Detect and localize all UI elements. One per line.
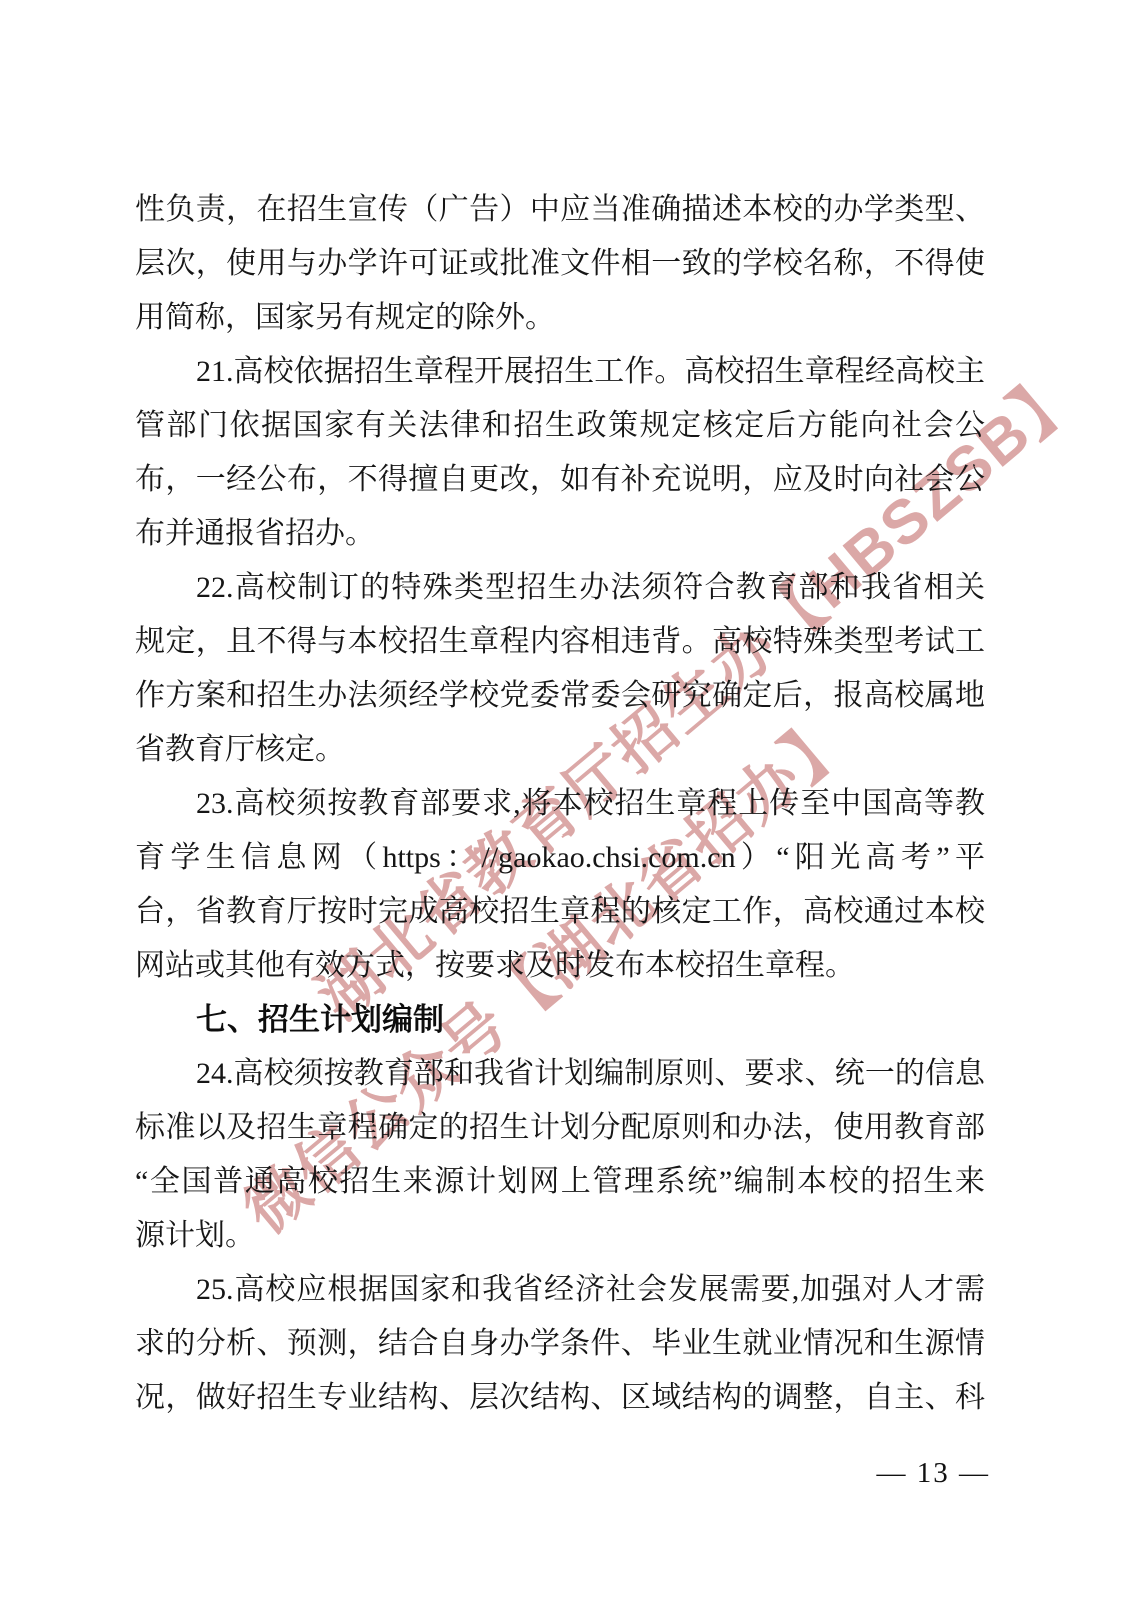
- document-page: 湖北省教育厅招生办【HBSZSB】微信公众号【湖北省招办】 性负责，在招生宣传（…: [0, 0, 1131, 1600]
- text-line: 标准以及招生章程确定的招生计划分配原则和办法，使用教育部: [135, 1101, 985, 1155]
- text-line: 规定，且不得与本校招生章程内容相违背。高校特殊类型考试工: [135, 615, 985, 669]
- section-heading: 七、招生计划编制: [135, 993, 985, 1047]
- text-line: 24.高校须按教育部和我省计划编制原则、要求、统一的信息: [135, 1047, 985, 1101]
- text-line: 25.高校应根据国家和我省经济社会发展需要,加强对人才需: [135, 1263, 985, 1317]
- text-line: 布并通报省招办。: [135, 507, 985, 561]
- text-line: 省教育厅核定。: [135, 723, 985, 777]
- page-number: — 13 —: [877, 1455, 991, 1491]
- document-body: 性负责，在招生宣传（广告）中应当准确描述本校的办学类型、层次，使用与办学许可证或…: [135, 183, 985, 1425]
- text-line: 育学生信息网（https：//gaokao.chsi.com.cn）“阳光高考”…: [135, 831, 985, 885]
- text-line: 源计划。: [135, 1209, 985, 1263]
- text-line: 21.高校依据招生章程开展招生工作。高校招生章程经高校主: [135, 345, 985, 399]
- text-line: 用简称，国家另有规定的除外。: [135, 291, 985, 345]
- text-line: 布，一经公布，不得擅自更改，如有补充说明，应及时向社会公: [135, 453, 985, 507]
- text-line: 网站或其他有效方式，按要求及时发布本校招生章程。: [135, 939, 985, 993]
- text-line: 性负责，在招生宣传（广告）中应当准确描述本校的办学类型、: [135, 183, 985, 237]
- text-line: 况，做好招生专业结构、层次结构、区域结构的调整，自主、科: [135, 1371, 985, 1425]
- text-line: 台，省教育厅按时完成高校招生章程的核定工作，高校通过本校: [135, 885, 985, 939]
- text-line: 22.高校制订的特殊类型招生办法须符合教育部和我省相关: [135, 561, 985, 615]
- text-line: 23.高校须按教育部要求,将本校招生章程上传至中国高等教: [135, 777, 985, 831]
- text-line: 作方案和招生办法须经学校党委常委会研究确定后，报高校属地: [135, 669, 985, 723]
- text-line: “全国普通高校招生来源计划网上管理系统”编制本校的招生来: [135, 1155, 985, 1209]
- text-line: 管部门依据国家有关法律和招生政策规定核定后方能向社会公: [135, 399, 985, 453]
- text-line: 层次，使用与办学许可证或批准文件相一致的学校名称，不得使: [135, 237, 985, 291]
- text-line: 求的分析、预测，结合自身办学条件、毕业生就业情况和生源情: [135, 1317, 985, 1371]
